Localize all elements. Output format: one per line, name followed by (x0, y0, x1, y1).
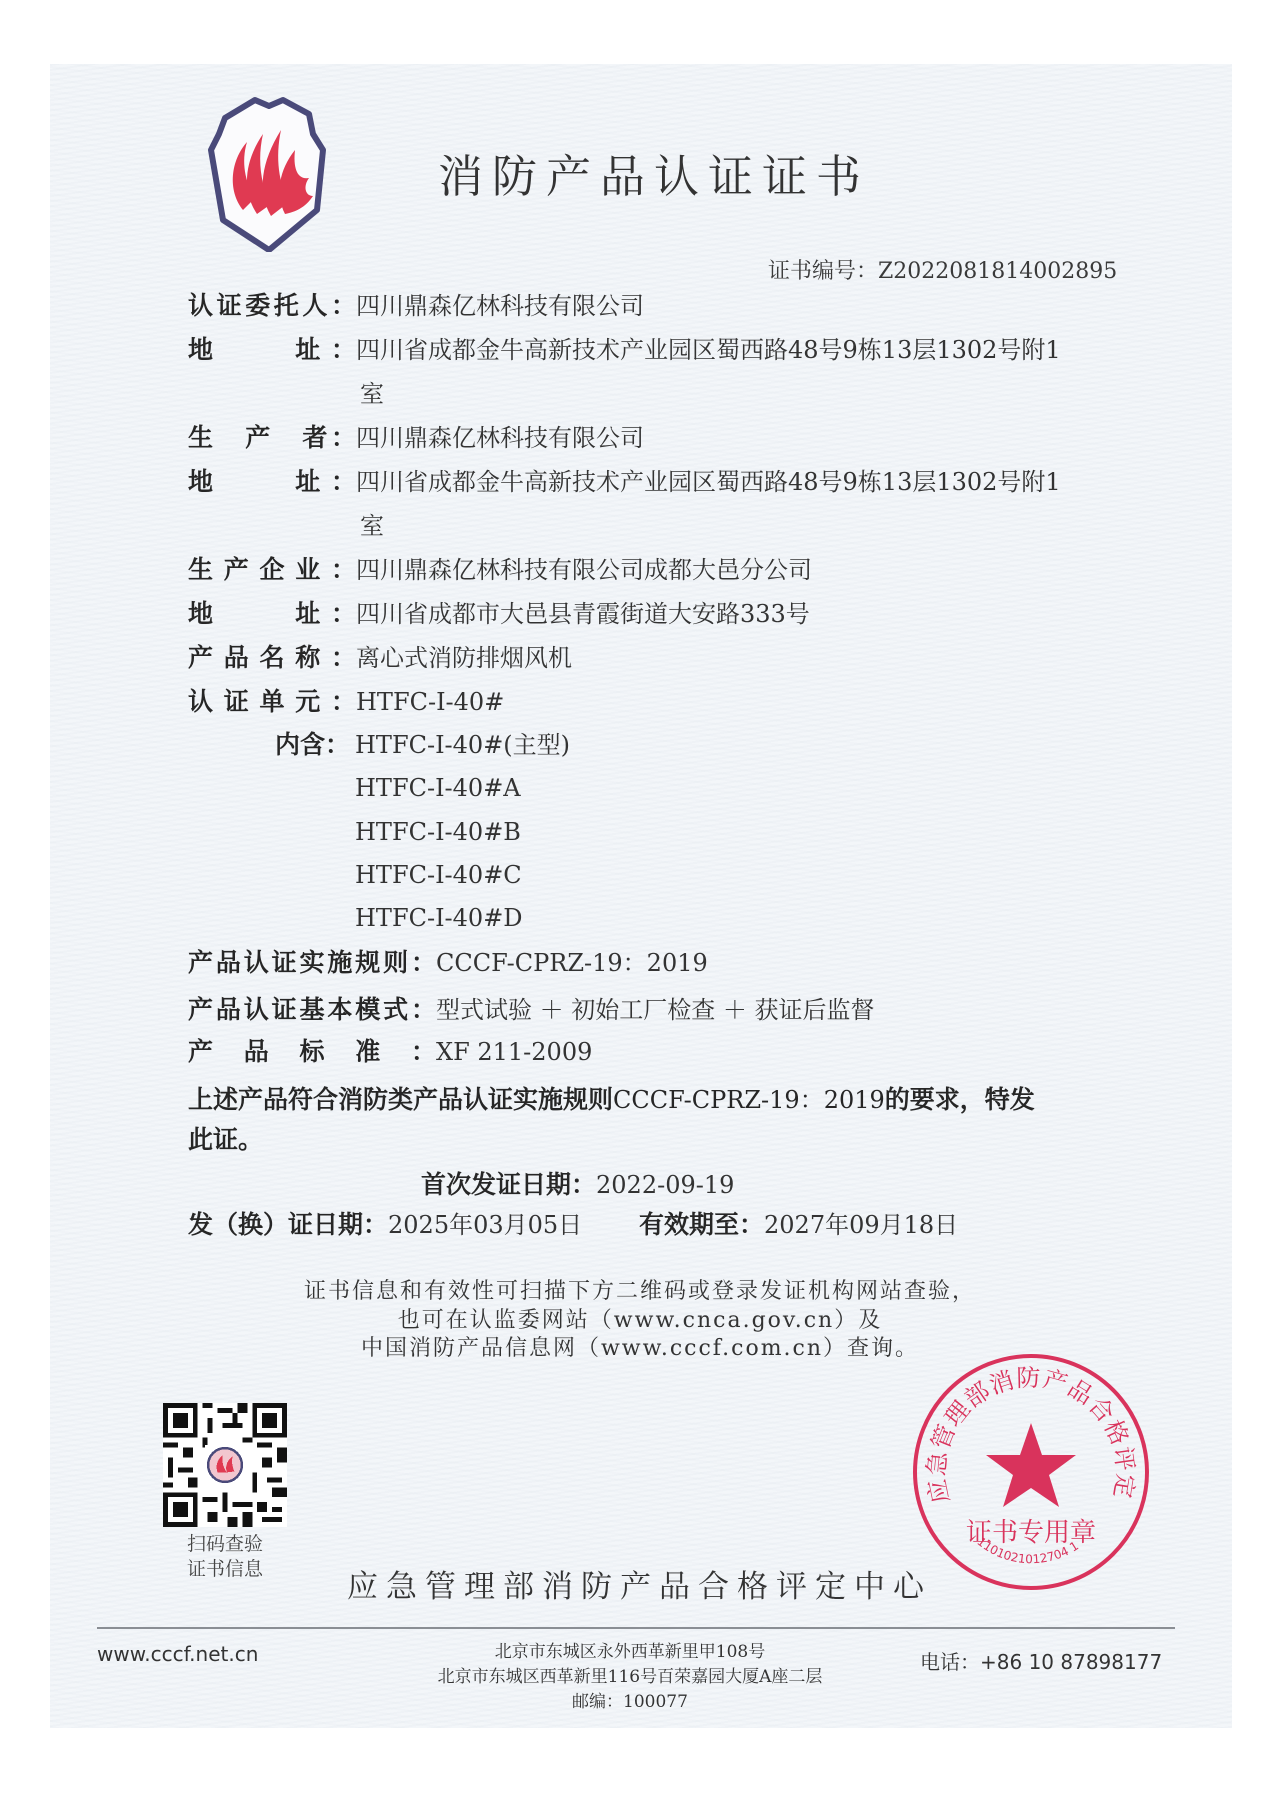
field-applicant: 认证委托人：四川鼎森亿林科技有限公司 (188, 290, 644, 322)
valid-until-value: 2027年09月18日 (764, 1211, 958, 1239)
certificate-title: 消防产品认证证书 (438, 140, 870, 205)
issue-date: 发（换）证日期：2025年03月05日 (188, 1209, 582, 1244)
qr-caption-line2: 证书信息 (163, 1557, 287, 1582)
model-item: HTFC-I-40#C (355, 859, 522, 891)
certificate-number-value: Z2022081814002895 (878, 259, 1117, 284)
verification-notice-line1: 证书信息和有效性可扫描下方二维码或登录发证机构网站查验， (0, 1274, 1280, 1305)
issuing-authority: 应急管理部消防产品合格评定中心 (347, 1561, 932, 1606)
field-value: 型式试验 ＋ 初始工厂检查 ＋ 获证后监督 (436, 994, 875, 1026)
field-value: 四川省成都金牛高新技术产业园区蜀西路48号9栋13层1302号附1 (356, 466, 1061, 498)
field-label: 生 产 者： (188, 422, 356, 454)
model-item: HTFC-I-40#A (355, 772, 521, 804)
field-value: 四川鼎森亿林科技有限公司 (356, 290, 644, 322)
field-label: 生产企业： (188, 554, 356, 586)
certificate-number-label: 证书编号： (768, 259, 878, 284)
field-value: 四川鼎森亿林科技有限公司 (356, 422, 644, 454)
field-manufacturer-address: 地 址：四川省成都金牛高新技术产业园区蜀西路48号9栋13层1302号附1 (188, 466, 1061, 498)
footer-address-line2: 北京市东城区西革新里116号百荣嘉园大厦A座二层 (380, 1665, 880, 1690)
first-issue-date: 首次发证日期：2022-09-19 (421, 1169, 734, 1204)
statement-line2: 此证。 (188, 1125, 263, 1154)
includes-label: 内含： (275, 729, 350, 761)
issue-value: 2025年03月05日 (388, 1211, 582, 1239)
model-item: HTFC-I-40#B (355, 816, 521, 848)
statement-part1: 上述产品符合消防类产品认证实施规则 (188, 1085, 613, 1114)
field-manufacturer: 生 产 者：四川鼎森亿林科技有限公司 (188, 422, 644, 454)
field-applicant-address: 地 址：四川省成都金牛高新技术产业园区蜀西路48号9栋13层1302号附1 (188, 334, 1061, 366)
official-seal-icon: 应急管理部消防产品合格评定中心 证书专用章 1101021012704 1 (910, 1351, 1152, 1593)
field-continuation: 室 (360, 378, 384, 410)
field-label: 地 址： (188, 334, 356, 366)
qr-code[interactable] (163, 1403, 287, 1527)
field-label: 产 品 标 准 ： (188, 1036, 436, 1068)
footer-address: 北京市东城区永外西革新里甲108号 北京市东城区西革新里116号百荣嘉园大厦A座… (380, 1640, 880, 1715)
footer-phone: 电话：+86 10 87898177 (920, 1646, 1162, 1675)
field-value: 四川省成都市大邑县青霞街道大安路333号 (356, 598, 810, 630)
field-label: 地 址： (188, 598, 356, 630)
field-enterprise-address: 地 址：四川省成都市大邑县青霞街道大安路333号 (188, 598, 810, 630)
field-label: 地 址： (188, 466, 356, 498)
statement-part2: 的要求，特发 (885, 1085, 1035, 1114)
first-issue-label: 首次发证日期： (421, 1170, 596, 1199)
field-label: 产品认证基本模式： (188, 994, 436, 1026)
field-value: CCCF-CPRZ-19：2019 (436, 947, 708, 979)
fire-shield-logo-icon (205, 90, 333, 252)
qr-caption-line1: 扫码查验 (163, 1532, 287, 1557)
field-value: HTFC-I-40# (356, 686, 504, 718)
qr-caption: 扫码查验 证书信息 (163, 1532, 287, 1582)
field-cert-mode: 产品认证基本模式：型式试验 ＋ 初始工厂检查 ＋ 获证后监督 (188, 994, 875, 1026)
conformity-statement: 上述产品符合消防类产品认证实施规则CCCF-CPRZ-19：2019的要求，特发… (188, 1080, 1088, 1160)
footer-address-line1: 北京市东城区永外西革新里甲108号 (380, 1640, 880, 1665)
field-value: 四川鼎森亿林科技有限公司成都大邑分公司 (356, 554, 812, 586)
model-item: HTFC-I-40#(主型) (355, 729, 570, 761)
footer-divider (97, 1627, 1175, 1629)
field-value: 离心式消防排烟风机 (356, 642, 572, 674)
field-continuation: 室 (360, 510, 384, 542)
field-label: 认证单元： (188, 686, 356, 718)
field-label: 产品认证实施规则： (188, 947, 436, 979)
valid-until: 有效期至：2027年09月18日 (639, 1209, 958, 1244)
model-item: HTFC-I-40#D (355, 902, 523, 934)
field-implementation-rules: 产品认证实施规则：CCCF-CPRZ-19：2019 (188, 947, 708, 979)
field-cert-unit: 认证单元：HTFC-I-40# (188, 686, 504, 718)
field-product-name: 产品名称：离心式消防排烟风机 (188, 642, 572, 674)
verification-notice-line2: 也可在认监委网站（www.cnca.gov.cn）及 (0, 1303, 1280, 1334)
issue-label: 发（换）证日期： (188, 1210, 388, 1239)
field-product-standard: 产 品 标 准 ：XF 211-2009 (188, 1036, 592, 1068)
field-label: 产品名称： (188, 642, 356, 674)
field-label: 认证委托人： (188, 290, 356, 322)
footer-website-link[interactable]: www.cccf.net.cn (97, 1642, 258, 1666)
certificate-number: 证书编号：Z2022081814002895 (768, 254, 1117, 285)
first-issue-value: 2022-09-19 (596, 1171, 734, 1199)
statement-code: CCCF-CPRZ-19：2019 (613, 1086, 885, 1114)
field-value: 四川省成都金牛高新技术产业园区蜀西路48号9栋13层1302号附1 (356, 334, 1061, 366)
field-value: XF 211-2009 (436, 1036, 592, 1068)
field-production-enterprise: 生产企业：四川鼎森亿林科技有限公司成都大邑分公司 (188, 554, 812, 586)
valid-until-label: 有效期至： (639, 1210, 764, 1239)
footer-postcode: 邮编：100077 (380, 1690, 880, 1715)
